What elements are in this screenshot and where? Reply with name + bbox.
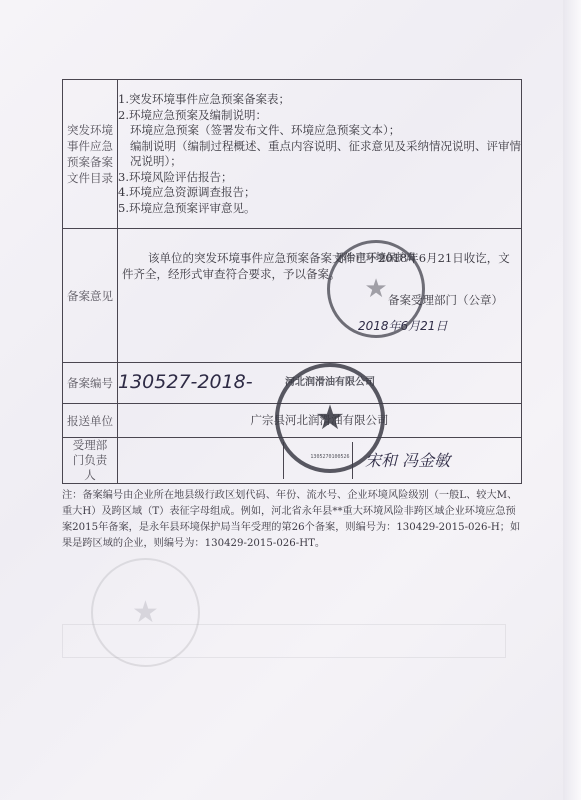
- label-file-directory: 突发环境事件应急预案备案文件目录: [63, 80, 118, 229]
- list-item: 4.环境应急资源调查报告；: [118, 185, 521, 201]
- blank-cell: [118, 442, 284, 479]
- bleed-through-table: [62, 624, 506, 658]
- list-item: 2.环境应急预案及编制说明：: [118, 108, 521, 124]
- label-responsible-person: 受理部门负责人: [63, 438, 118, 484]
- footnote: 注：备案编号由企业所在地县级行政区划代码、年份、流水号、企业环境风险级别（一般L…: [62, 488, 522, 552]
- list-item: 环境应急预案（签署发布文件、环境应急预案文本）；: [118, 123, 521, 139]
- list-item: 况说明）；: [118, 154, 521, 170]
- row-filing-opinion: 备案意见 该单位的突发环境事件应急预案备案文件已于2018年6月21日收讫，文件…: [63, 229, 522, 363]
- filing-opinion-content: 该单位的突发环境事件应急预案备案文件已于2018年6月21日收讫，文件齐全，经形…: [118, 229, 521, 362]
- label-submitting-unit: 报送单位: [63, 404, 118, 438]
- opinion-paragraph: 该单位的突发环境事件应急预案备案文件已于2018年6月21日收讫，文件齐全，经形…: [122, 251, 514, 282]
- star-icon: ★: [364, 276, 387, 302]
- row-file-directory: 突发环境事件应急预案备案文件目录 1.突发环境事件应急预案备案表； 2.环境应急…: [63, 80, 522, 229]
- seal-arc-text: 邢台市环境保护局: [330, 249, 422, 264]
- seal-arc-text: 河北润滑油有限公司: [279, 373, 381, 388]
- list-item: 5.环境应急预案评审意见。: [118, 201, 521, 217]
- seal-code: 1305270100526: [279, 454, 381, 460]
- list-item: 编制说明（编制过程概述、重点内容说明、征求意见及采纳情况说明、评审情: [118, 139, 521, 155]
- star-icon: ★: [315, 401, 345, 435]
- list-item: 3.环境风险评估报告；: [118, 170, 521, 186]
- label-filing-opinion: 备案意见: [63, 229, 118, 363]
- env-bureau-seal: 邢台市环境保护局 ★: [327, 240, 425, 338]
- page-edge-shadow: [563, 0, 581, 800]
- label-filing-number: 备案编号: [63, 363, 118, 404]
- company-seal: 河北润滑油有限公司 ★ 1305270100526: [275, 363, 385, 473]
- file-directory-list: 1.突发环境事件应急预案备案表； 2.环境应急预案及编制说明： 环境应急预案（签…: [118, 80, 522, 229]
- star-icon: ★: [132, 598, 159, 628]
- list-item: 1.突发环境事件应急预案备案表；: [118, 92, 521, 108]
